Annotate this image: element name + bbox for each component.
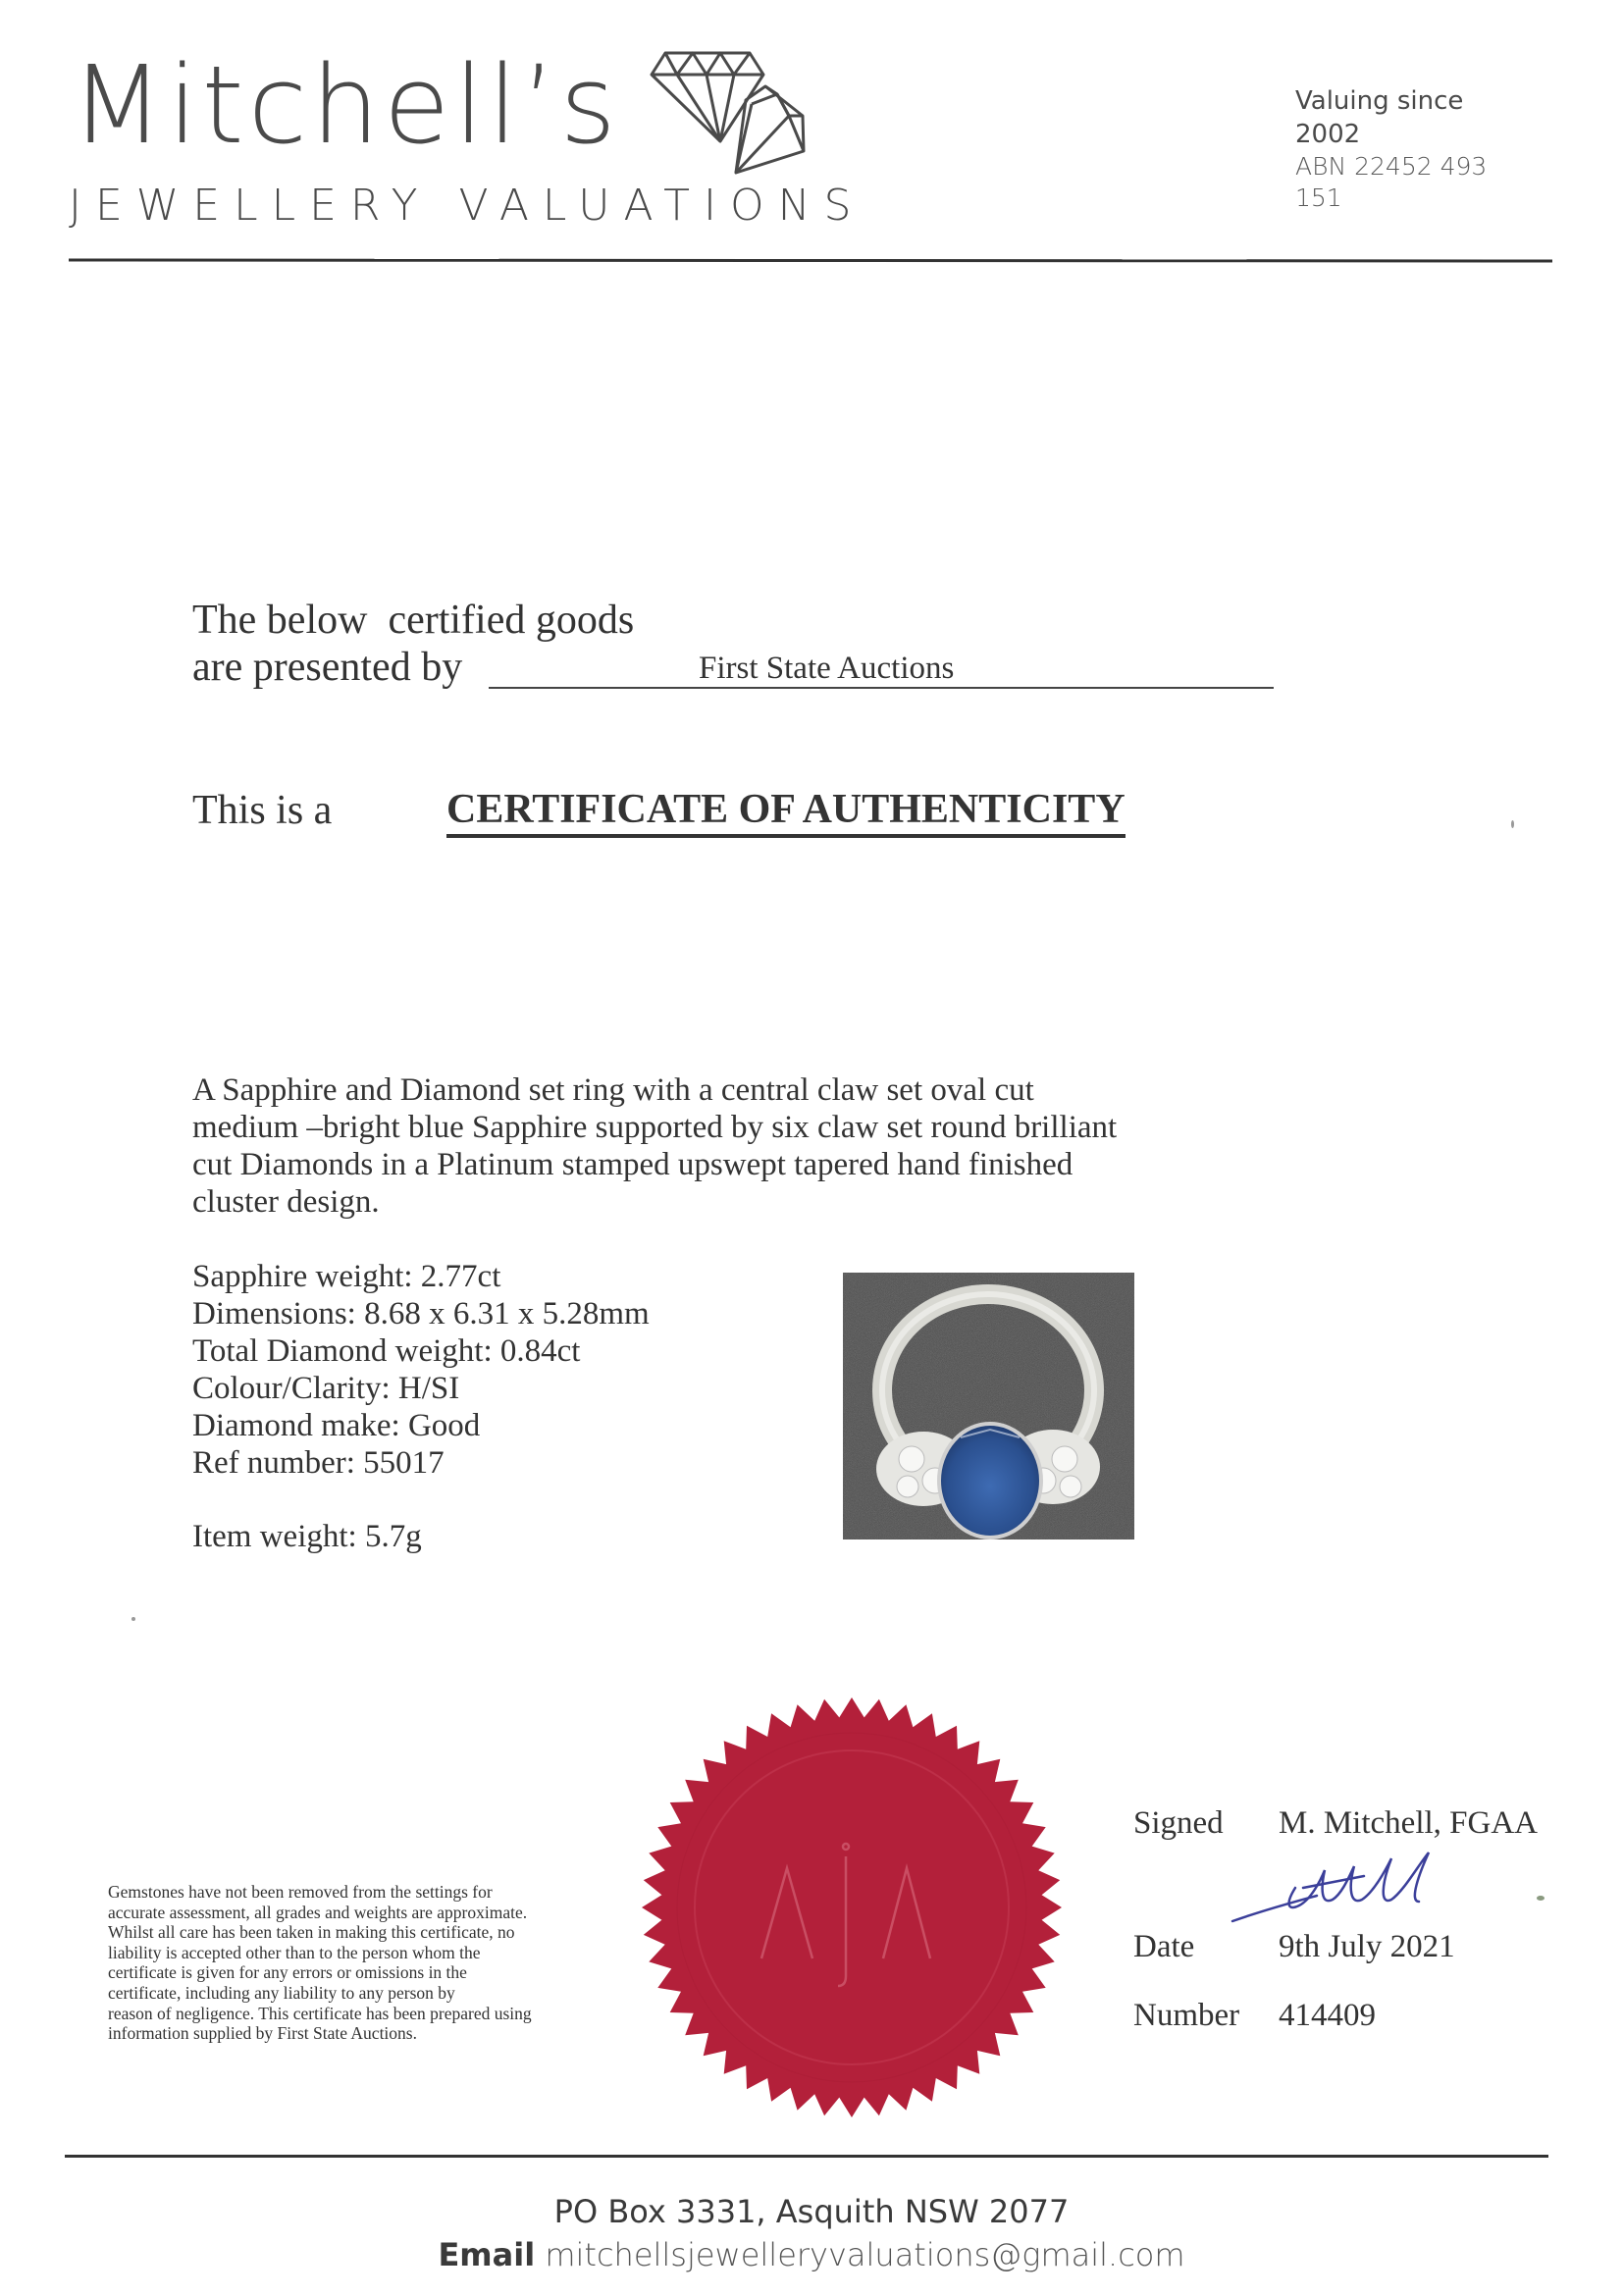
date-value: 9th July 2021 <box>1279 1929 1455 1965</box>
item-weight-value: 5.7g <box>365 1519 422 1554</box>
date-label: Date <box>1133 1929 1194 1965</box>
description-line: cluster design. <box>192 1183 1174 1221</box>
footer-email-line: Email mitchellsjewelleryvaluations@gmail… <box>0 2233 1623 2276</box>
spec-row: Sapphire weight: 2.77ct <box>192 1258 650 1295</box>
spec-row: Colour/Clarity: H/SI <box>192 1370 650 1407</box>
scan-speck <box>1511 820 1514 828</box>
scan-speck <box>1537 1896 1544 1901</box>
number-value: 414409 <box>1279 1998 1376 2034</box>
spec-value: Good <box>408 1408 480 1443</box>
disclaimer-line: liability is accepted other than to the … <box>108 1943 618 1963</box>
spec-row: Diamond make: Good <box>192 1407 650 1444</box>
item-description: A Sapphire and Diamond set ring with a c… <box>192 1071 1174 1221</box>
disclaimer-line: accurate assessment, all grades and weig… <box>108 1903 618 1923</box>
disclaimer: Gemstones have not been removed from the… <box>108 1882 618 2044</box>
certificate-lead: This is a <box>192 787 332 834</box>
disclaimer-line: certificate, including any liability to … <box>108 1983 618 2004</box>
spec-value: 2.77ct <box>421 1259 501 1294</box>
number-label: Number <box>1133 1998 1239 2034</box>
signature-icon <box>1227 1845 1462 1923</box>
diamonds-icon <box>644 47 820 181</box>
description-line: medium –bright blue Sapphire supported b… <box>192 1109 1174 1146</box>
disclaimer-line: Gemstones have not been removed from the… <box>108 1882 618 1903</box>
tagline: Valuing since 2002 <box>1295 84 1531 151</box>
disclaimer-line: Whilst all care has been taken in making… <box>108 1922 618 1943</box>
certificate-title: CERTIFICATE OF AUTHENTICITY <box>446 787 1126 838</box>
footer-divider <box>65 2155 1548 2158</box>
red-seal-icon <box>636 1692 1068 2123</box>
signed-value: M. Mitchell, FGAA <box>1279 1805 1538 1842</box>
spec-row: Dimensions: 8.68 x 6.31 x 5.28mm <box>192 1295 650 1332</box>
presented-line-1: The below certified goods <box>192 597 634 644</box>
spec-row: Total Diamond weight: 0.84ct <box>192 1332 650 1370</box>
spec-value: 55017 <box>363 1445 445 1481</box>
spec-label: Ref number <box>192 1445 346 1481</box>
presented-line-2: are presented by <box>192 644 634 691</box>
spec-value: 0.84ct <box>500 1333 581 1369</box>
spec-row: Ref number: 55017 <box>192 1444 650 1482</box>
email-label: Email <box>438 2236 535 2273</box>
brand-subtitle: JEWELLERY VALUATIONS <box>69 184 864 228</box>
footer: PO Box 3331, Asquith NSW 2077 Email mitc… <box>0 2190 1623 2276</box>
ring-photo <box>843 1273 1134 1539</box>
item-weight-label: Item weight <box>192 1519 348 1554</box>
brand-name: Mitchell’s <box>71 51 620 159</box>
presenter-underline <box>489 687 1274 689</box>
spec-label: Colour/Clarity <box>192 1371 382 1406</box>
description-line: A Sapphire and Diamond set ring with a c… <box>192 1071 1174 1109</box>
header-tagline-block: Valuing since 2002 ABN 22452 493 151 <box>1295 84 1531 214</box>
presenter-name: First State Auctions <box>699 651 954 687</box>
spec-label: Total Diamond weight <box>192 1333 483 1369</box>
ring-illustration <box>843 1273 1134 1539</box>
disclaimer-line: information supplied by First State Auct… <box>108 2023 618 2044</box>
scan-speck <box>131 1617 135 1621</box>
spec-value: H/SI <box>398 1371 459 1406</box>
email-address[interactable]: mitchellsjewelleryvaluations@gmail.com <box>545 2236 1184 2273</box>
spec-label: Sapphire weight <box>192 1259 403 1294</box>
header-divider <box>69 258 1552 262</box>
footer-address: PO Box 3331, Asquith NSW 2077 <box>0 2190 1623 2233</box>
signed-label: Signed <box>1133 1805 1224 1842</box>
spec-label: Dimensions <box>192 1296 347 1331</box>
presented-statement: The below certified goods are presented … <box>192 597 634 691</box>
disclaimer-line: certificate is given for any errors or o… <box>108 1962 618 1983</box>
spec-label: Diamond make <box>192 1408 392 1443</box>
disclaimer-line: reason of negligence. This certificate h… <box>108 2004 618 2024</box>
description-line: cut Diamonds in a Platinum stamped upswe… <box>192 1146 1174 1183</box>
abn: ABN 22452 493 151 <box>1295 151 1531 214</box>
spec-value: 8.68 x 6.31 x 5.28mm <box>364 1296 650 1331</box>
spec-list: Sapphire weight: 2.77ct Dimensions: 8.68… <box>192 1258 650 1482</box>
item-weight: Item weight: 5.7g <box>192 1519 422 1555</box>
